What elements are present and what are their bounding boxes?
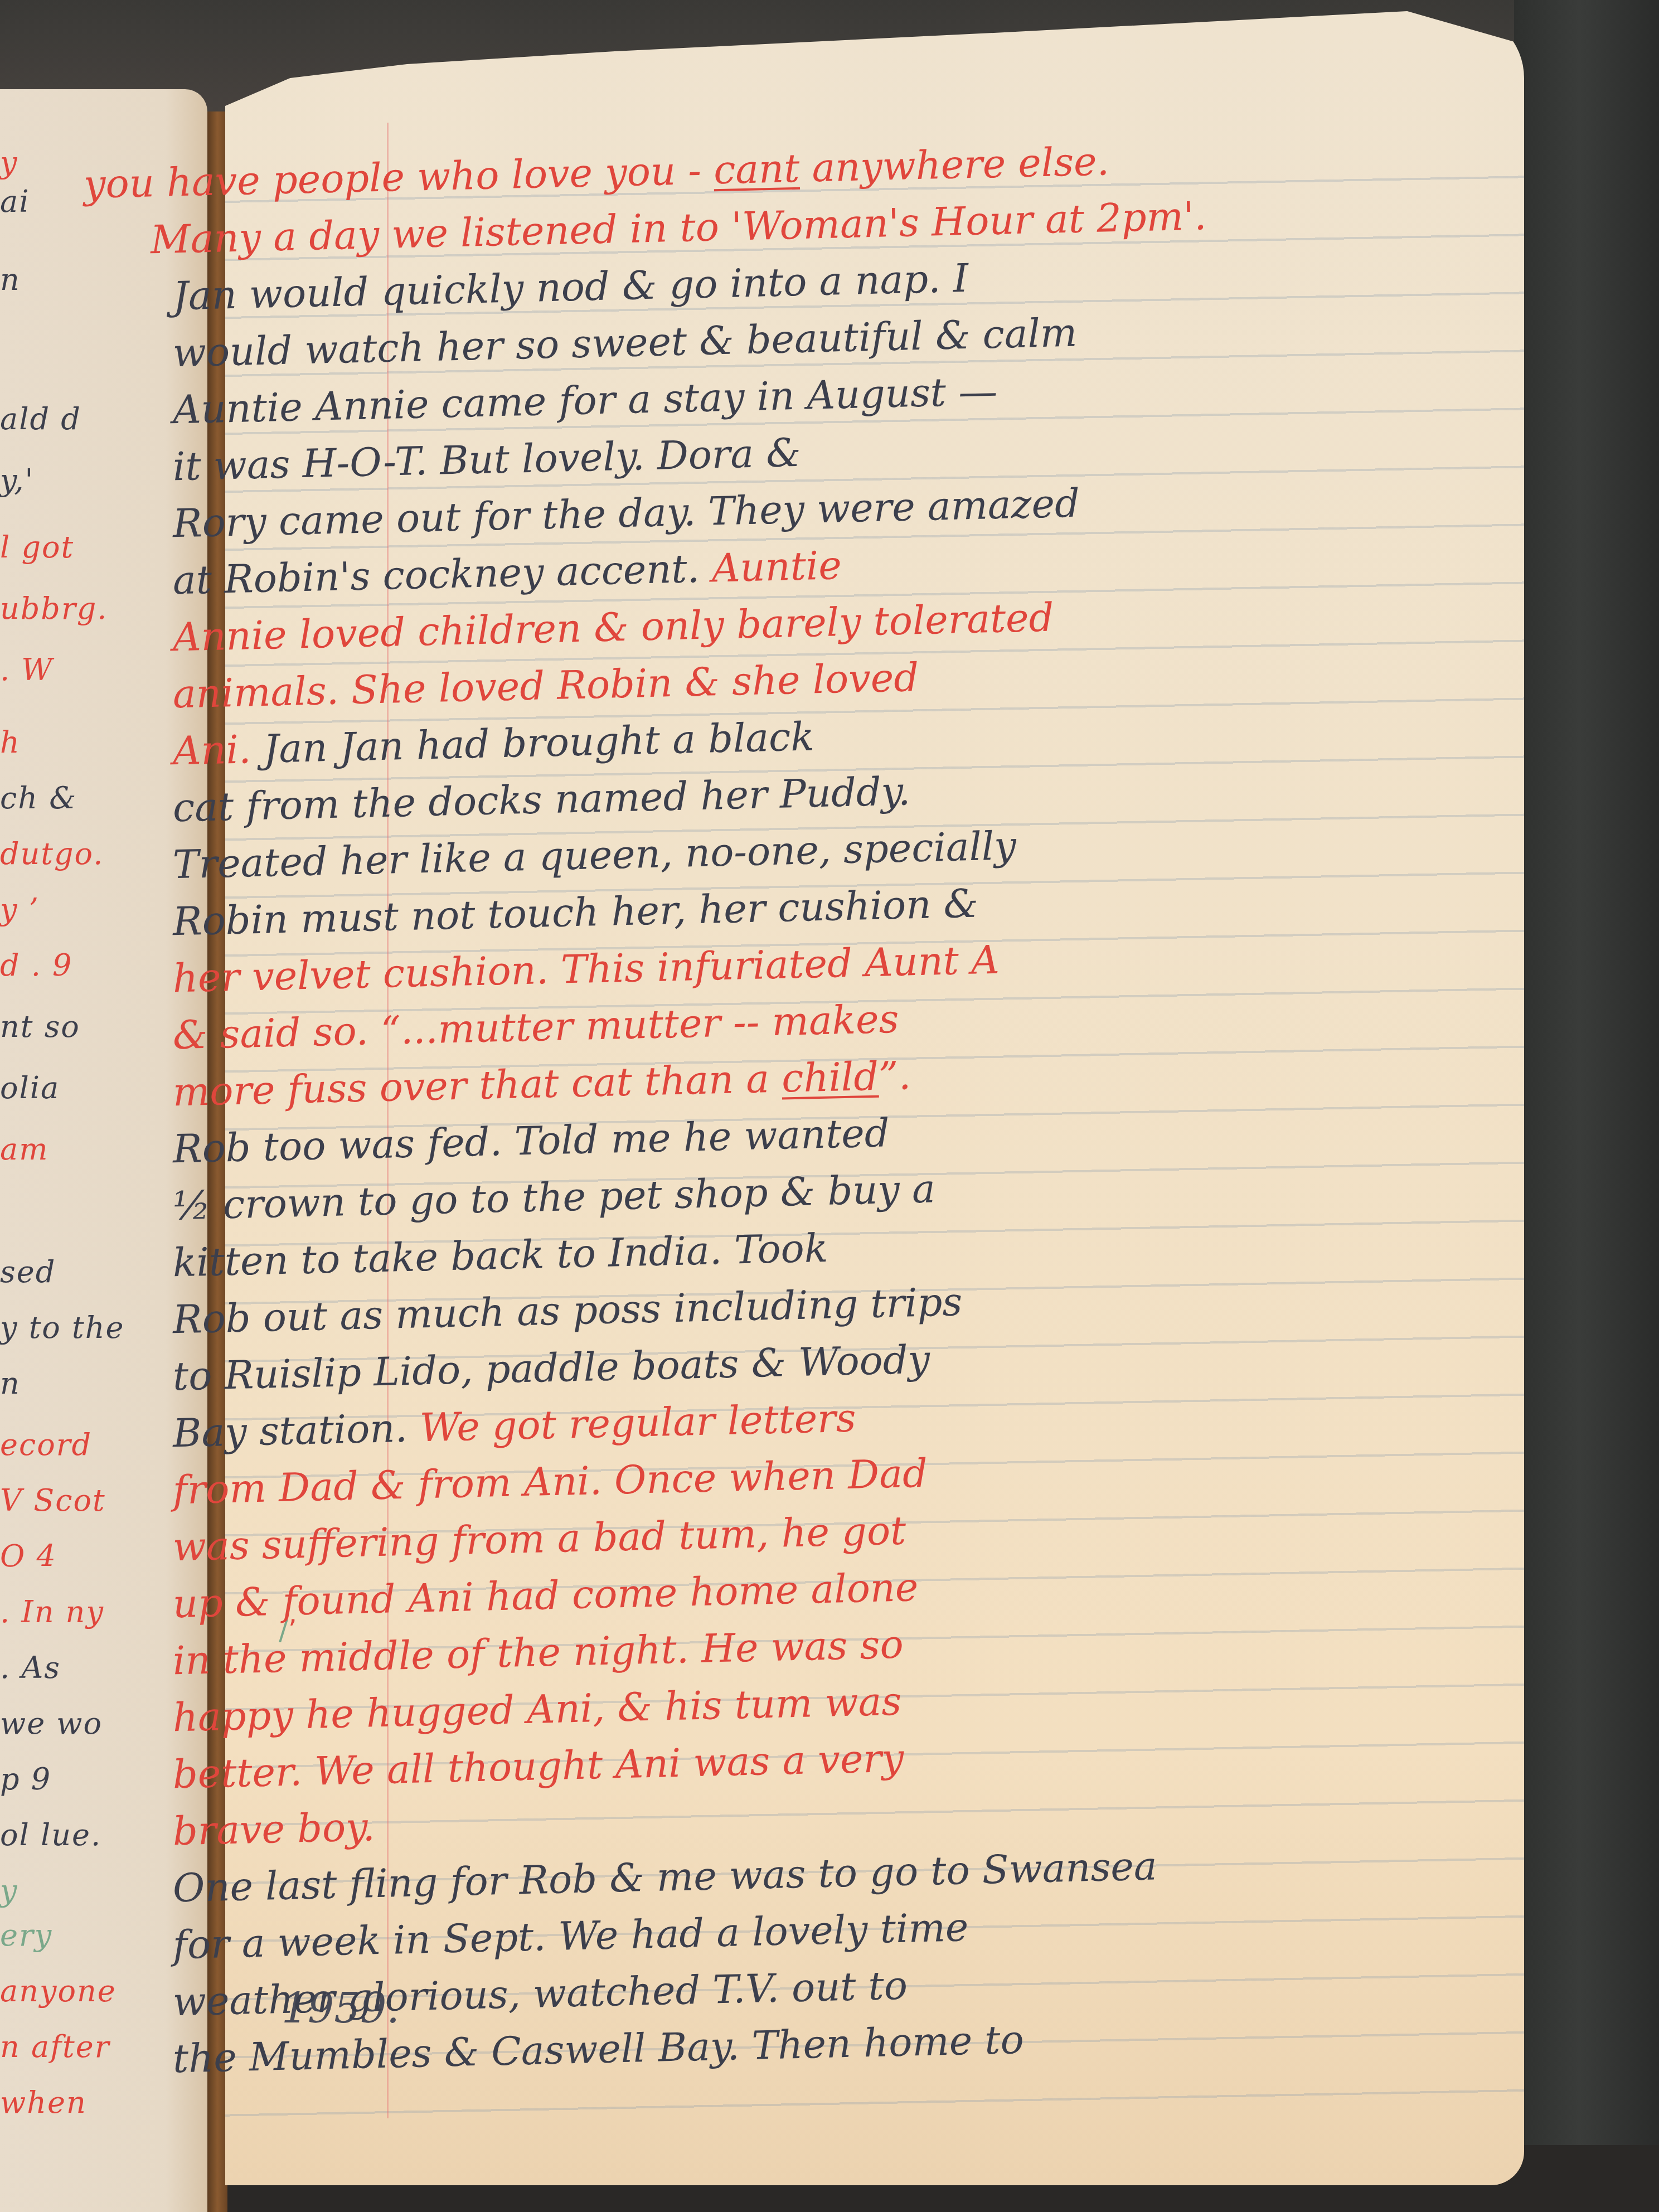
facing-page-fragment: ch &	[0, 780, 77, 816]
facing-page-fragment: p 9	[0, 1762, 51, 1797]
facing-page-fragment: ery	[0, 1918, 52, 1953]
text-segment: better. We all thought Ani was a very	[172, 1735, 904, 1798]
text-segment: We got regular letters	[419, 1395, 856, 1451]
facing-page-fragment: sed	[0, 1254, 56, 1289]
background-cloth	[1514, 0, 1659, 2212]
facing-page-fragment: ald d	[0, 401, 81, 436]
facing-page-fragment: ecord	[0, 1427, 92, 1462]
text-segment: & said so. “...mutter mutter -- makes	[172, 996, 899, 1059]
text-segment: Jan Jan had brought a black	[263, 714, 815, 772]
text-segment: Rob too was fed. Told me he wanted	[172, 1110, 890, 1172]
facing-page-fragment: d . 9	[0, 948, 72, 983]
handwritten-text: you have people who love you - cant anyw…	[84, 156, 1293, 2089]
text-segment: weather glorious, watched T.V. out to	[172, 1962, 908, 2025]
text-segment: child	[781, 1054, 879, 1102]
facing-page-fragment: h	[0, 725, 21, 760]
text-segment: Bay station.	[172, 1405, 420, 1456]
text-segment: Auntie	[711, 542, 842, 591]
text-segment: you have people who love you -	[83, 147, 714, 207]
text-segment: brave boy.	[172, 1804, 375, 1854]
text-segment: more fuss over that cat than a	[172, 1056, 782, 1115]
text-segment: at Robin's cockney accent.	[172, 545, 712, 603]
facing-page-fragment: n	[0, 262, 21, 297]
facing-page-fragment: . As	[0, 1650, 61, 1685]
facing-page-fragment: n	[0, 1366, 21, 1401]
text-segment: cant	[713, 145, 800, 193]
facing-page-fragment: y,'	[0, 463, 34, 498]
facing-page-fragment: O 4	[0, 1539, 57, 1574]
text-segment: cat from the docks named her Puddy.	[172, 768, 911, 831]
facing-page-fragment: l got	[0, 530, 74, 565]
text-segment: kitten to take back to India. Took	[172, 1225, 828, 1286]
text-segment: it was H-O-T. But lovely. Dora &	[172, 430, 801, 490]
facing-page-fragment: when	[0, 2085, 87, 2120]
facing-page-fragment: olia	[0, 1070, 60, 1105]
facing-page-fragment: y	[0, 1873, 18, 1908]
facing-page-fragment: am	[0, 1132, 48, 1167]
facing-page-fragment: ai	[0, 184, 30, 219]
facing-page-fragment: y ’	[0, 892, 40, 927]
text-segment: in the middle of the night. He was so	[172, 1622, 904, 1684]
text-segment: ”.	[878, 1052, 911, 1099]
facing-page-fragment: y	[0, 145, 18, 180]
text-segment: animals. She loved Robin & she loved	[172, 654, 919, 717]
text-segment: Ani.	[172, 726, 264, 774]
facing-page-fragment: . W	[0, 652, 54, 687]
text-segment: was suffering from a bad tum, he got	[172, 1508, 906, 1570]
facing-page-fragment: nt so	[0, 1009, 80, 1044]
text-segment: anywhere else.	[799, 138, 1109, 191]
text-segment: up & found Ani had come home alone	[172, 1564, 919, 1627]
text-segment: happy he hugged Ani, & his tum was	[172, 1679, 902, 1741]
